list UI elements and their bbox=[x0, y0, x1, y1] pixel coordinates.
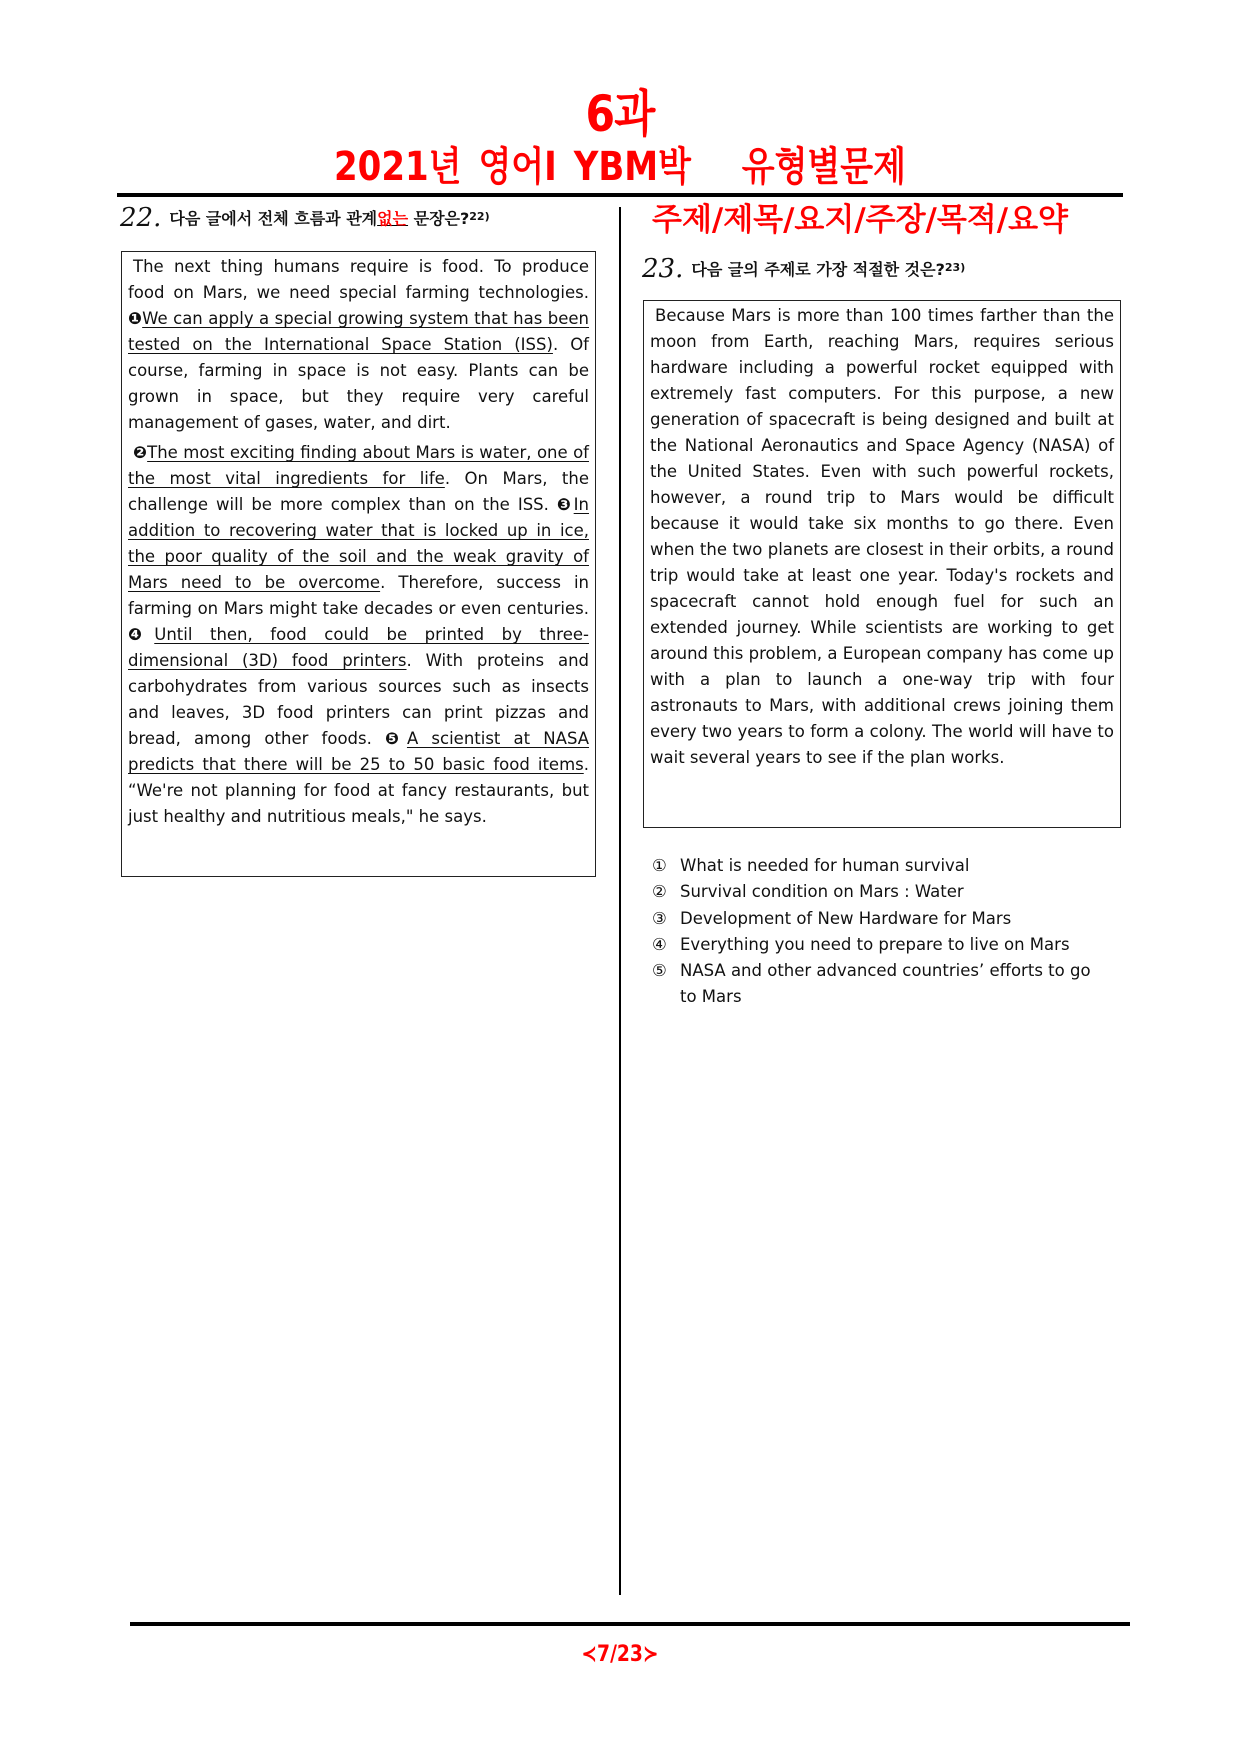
q22-heading: 22.다음 글에서 전체 흐름과 관계없는 문장은?22) bbox=[120, 204, 490, 232]
choice-marker: ④ bbox=[652, 932, 680, 958]
q23-footnote: 23) bbox=[945, 261, 965, 274]
q23-number: 23. bbox=[642, 254, 683, 284]
q23-passage-box: Because Mars is more than 100 times fart… bbox=[643, 300, 1121, 828]
choice-marker: ③ bbox=[652, 906, 680, 932]
choice-text: Everything you need to prepare to live o… bbox=[680, 932, 1070, 958]
choice-text: What is needed for human survival bbox=[680, 853, 970, 879]
choice-text: Development of New Hardware for Mars bbox=[680, 906, 1011, 932]
circled-number-2-icon: ❷ bbox=[133, 443, 147, 462]
choice-3[interactable]: ③Development of New Hardware for Mars bbox=[652, 906, 1122, 932]
circled-number-3-icon: ❸ bbox=[557, 495, 574, 514]
column-divider bbox=[619, 207, 621, 1595]
q23-prompt: 다음 글의 주제로 가장 적절한 것은? bbox=[691, 260, 945, 279]
circled-number-1-icon: ❶ bbox=[128, 309, 142, 328]
footer-rule bbox=[130, 1622, 1130, 1626]
choice-1[interactable]: ①What is needed for human survival bbox=[652, 853, 1122, 879]
circled-number-5-icon: ❺ bbox=[385, 729, 407, 748]
choice-text: Survival condition on Mars : Water bbox=[680, 879, 964, 905]
circled-number-4-icon: ❹ bbox=[128, 625, 154, 644]
choice-4[interactable]: ④Everything you need to prepare to live … bbox=[652, 932, 1122, 958]
lesson-title: 6과 bbox=[93, 84, 1147, 144]
q22-footnote: 22) bbox=[469, 210, 489, 223]
q22-prompt-highlight: 없는 bbox=[377, 209, 408, 228]
q22-passage-box: The next thing humans require is food. T… bbox=[121, 251, 596, 877]
choice-marker: ② bbox=[652, 879, 680, 905]
q22-paragraph-2: ❷The most exciting finding about Mars is… bbox=[128, 440, 589, 830]
section-title: 주제/제목/요지/주장/목적/요약 bbox=[652, 198, 1068, 242]
sentence-1: We can apply a special growing system th… bbox=[128, 309, 589, 354]
choice-marker: ① bbox=[652, 853, 680, 879]
choice-marker: ⑤ bbox=[652, 958, 680, 1011]
q22-prompt: 다음 글에서 전체 흐름과 관계 bbox=[169, 209, 377, 228]
choice-2[interactable]: ②Survival condition on Mars : Water bbox=[652, 879, 1122, 905]
passage-text: The next thing humans require is food. T… bbox=[128, 257, 589, 302]
q22-paragraph-1: The next thing humans require is food. T… bbox=[128, 254, 589, 436]
q23-paragraph: Because Mars is more than 100 times fart… bbox=[650, 303, 1114, 771]
page-number: ≺7/23≻ bbox=[93, 1640, 1147, 1670]
document-subtitle: 2021년 영어Ⅰ YBM박 유형별문제 bbox=[93, 142, 1147, 192]
header-rule bbox=[117, 193, 1123, 197]
q22-number: 22. bbox=[120, 203, 161, 233]
q22-prompt-end: 문장은? bbox=[408, 209, 469, 228]
choice-5[interactable]: ⑤NASA and other advanced countries’ effo… bbox=[652, 958, 1122, 1011]
choice-text: NASA and other advanced countries’ effor… bbox=[680, 958, 1100, 1011]
q23-heading: 23.다음 글의 주제로 가장 적절한 것은?23) bbox=[642, 255, 965, 283]
q23-choices: ①What is needed for human survival ②Surv… bbox=[652, 853, 1122, 1011]
